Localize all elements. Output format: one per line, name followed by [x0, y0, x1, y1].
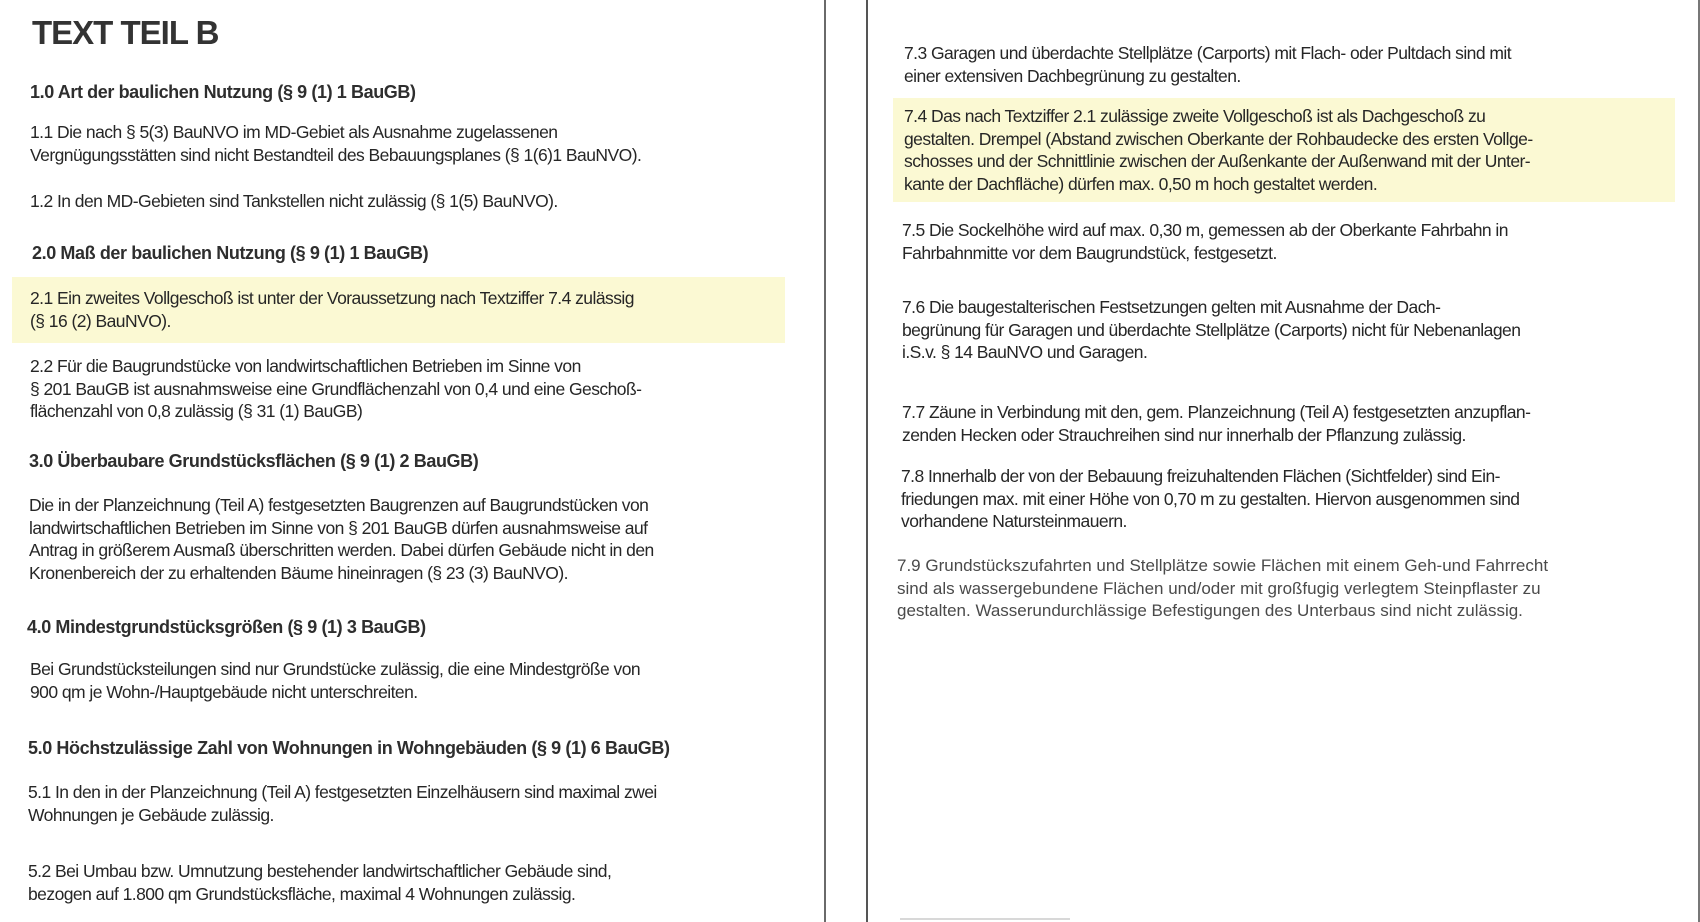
- clause-2-2: 2.2 Für die Baugrundstücke von landwirts…: [30, 355, 641, 423]
- clause-1-1: 1.1 Die nach § 5(3) BauNVO im MD-Gebiet …: [30, 121, 641, 166]
- section-4-heading: 4.0 Mindestgrundstücksgrößen (§ 9 (1) 3 …: [27, 617, 426, 638]
- section-5-heading: 5.0 Höchstzulässige Zahl von Wohnungen i…: [28, 738, 670, 759]
- scan-artifact-line: [900, 918, 1070, 920]
- clause-7-4: 7.4 Das nach Textziffer 2.1 zulässige zw…: [904, 105, 1533, 195]
- clause-7-5: 7.5 Die Sockelhöhe wird auf max. 0,30 m,…: [902, 219, 1508, 264]
- clause-1-2: 1.2 In den MD-Gebieten sind Tankstellen …: [30, 190, 558, 213]
- clause-7-8: 7.8 Innerhalb der von der Bebauung freiz…: [901, 465, 1519, 533]
- section-3-heading: 3.0 Überbaubare Grundstücksflächen (§ 9 …: [29, 451, 478, 472]
- clause-2-1: 2.1 Ein zweites Vollgeschoß ist unter de…: [30, 287, 634, 332]
- section-2-heading: 2.0 Maß der baulichen Nutzung (§ 9 (1) 1…: [32, 243, 428, 264]
- clause-7-7: 7.7 Zäune in Verbindung mit den, gem. Pl…: [902, 401, 1530, 446]
- section-3-body: Die in der Planzeichnung (Teil A) festge…: [29, 494, 654, 584]
- clause-7-6: 7.6 Die baugestalterischen Festsetzungen…: [902, 296, 1520, 364]
- clause-7-9: 7.9 Grundstückszufahrten und Stellplätze…: [897, 555, 1548, 623]
- page-right: 7.3 Garagen und überdachte Stellplätze (…: [866, 0, 1700, 922]
- section-4-body: Bei Grundstücksteilungen sind nur Grunds…: [30, 658, 640, 703]
- clause-7-3: 7.3 Garagen und überdachte Stellplätze (…: [904, 42, 1511, 87]
- clause-5-2: 5.2 Bei Umbau bzw. Umnutzung bestehender…: [28, 860, 611, 905]
- section-1-heading: 1.0 Art der baulichen Nutzung (§ 9 (1) 1…: [30, 82, 416, 103]
- document-title: TEXT TEIL B: [32, 14, 218, 52]
- clause-5-1: 5.1 In den in der Planzeichnung (Teil A)…: [28, 781, 657, 826]
- page-left: TEXT TEIL B 1.0 Art der baulichen Nutzun…: [0, 0, 826, 922]
